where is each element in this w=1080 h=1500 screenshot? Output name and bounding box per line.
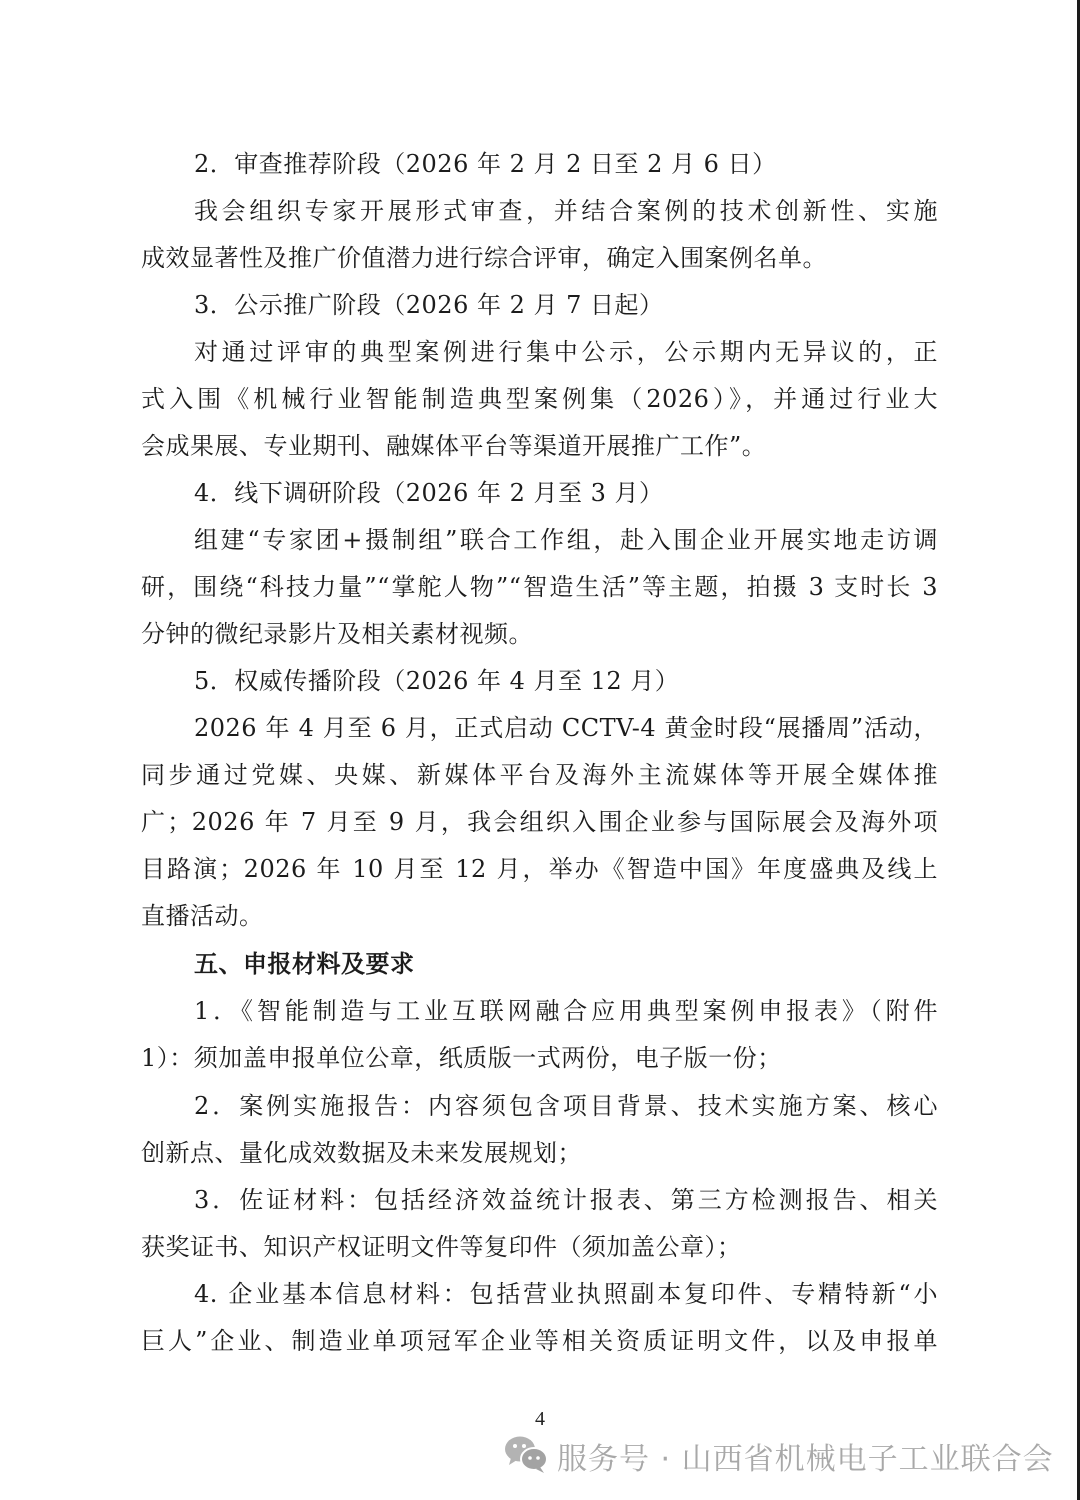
- text-line: 5．权威传播阶段（2026 年 4 月至 12 月）: [194, 663, 938, 699]
- text-line: 2．审查推荐阶段（2026 年 2 月 2 日至 2 月 6 日）: [194, 146, 938, 182]
- section-heading: 五、申报材料及要求: [194, 946, 938, 982]
- document-page: 2．审查推荐阶段（2026 年 2 月 2 日至 2 月 6 日） 我会组织专家…: [0, 0, 1080, 1500]
- text-line: 式入围《机械行业智能制造典型案例集（2026）》，并通过行业大: [141, 381, 938, 417]
- page-number: 4: [530, 1408, 550, 1431]
- text-line: 我会组织专家开展形式审查，并结合案例的技术创新性、实施: [194, 193, 938, 229]
- text-line: 分钟的微纪录影片及相关素材视频。: [141, 616, 938, 652]
- text-line: 巨人”企业、制造业单项冠军企业等相关资质证明文件，以及申报单: [141, 1323, 938, 1359]
- text-line: 直播活动。: [141, 898, 938, 934]
- text-line: 1）：须加盖申报单位公章，纸质版一式两份，电子版一份；: [141, 1040, 938, 1076]
- text-line: 对通过评审的典型案例进行集中公示，公示期内无异议的，正: [194, 334, 938, 370]
- text-line: 获奖证书、知识产权证明文件等复印件（须加盖公章）；: [141, 1229, 938, 1265]
- text-line: 成效显著性及推广价值潜力进行综合评审，确定入围案例名单。: [141, 240, 938, 276]
- text-line: 会成果展、专业期刊、融媒体平台等渠道开展推广工作”。: [141, 428, 938, 464]
- account-watermark: 服务号 · 山西省机械电子工业联合会: [503, 1436, 1054, 1476]
- text-line: 4. 企业基本信息材料：包括营业执照副本复印件、专精特新“小: [194, 1276, 938, 1312]
- text-line: 1．《智能制造与工业互联网融合应用典型案例申报表》（附件: [194, 993, 938, 1029]
- text-line: 2．案例实施报告：内容须包含项目背景、技术实施方案、核心: [194, 1088, 938, 1124]
- text-line: 2026 年 4 月至 6 月，正式启动 CCTV-4 黄金时段“展播周”活动，: [194, 710, 938, 746]
- text-line: 广；2026 年 7 月至 9 月，我会组织入围企业参与国际展会及海外项: [141, 804, 938, 840]
- text-line: 4．线下调研阶段（2026 年 2 月至 3 月）: [194, 475, 938, 511]
- text-line: 创新点、量化成效数据及未来发展规划；: [141, 1135, 938, 1171]
- text-line: 同步通过党媒、央媒、新媒体平台及海外主流媒体等开展全媒体推: [141, 757, 938, 793]
- text-line: 3．公示推广阶段（2026 年 2 月 7 日起）: [194, 287, 938, 323]
- wechat-icon: [503, 1434, 549, 1479]
- watermark-label: 服务号 · 山西省机械电子工业联合会: [557, 1434, 1054, 1478]
- text-line: 研，围绕“科技力量”“掌舵人物”“智造生活”等主题，拍摄 3 支时长 3: [141, 569, 938, 605]
- text-line: 3．佐证材料：包括经济效益统计报表、第三方检测报告、相关: [194, 1182, 938, 1218]
- text-line: 组建“专家团+摄制组”联合工作组，赴入围企业开展实地走访调: [194, 522, 938, 558]
- text-line: 目路演；2026 年 10 月至 12 月，举办《智造中国》年度盛典及线上: [141, 851, 938, 887]
